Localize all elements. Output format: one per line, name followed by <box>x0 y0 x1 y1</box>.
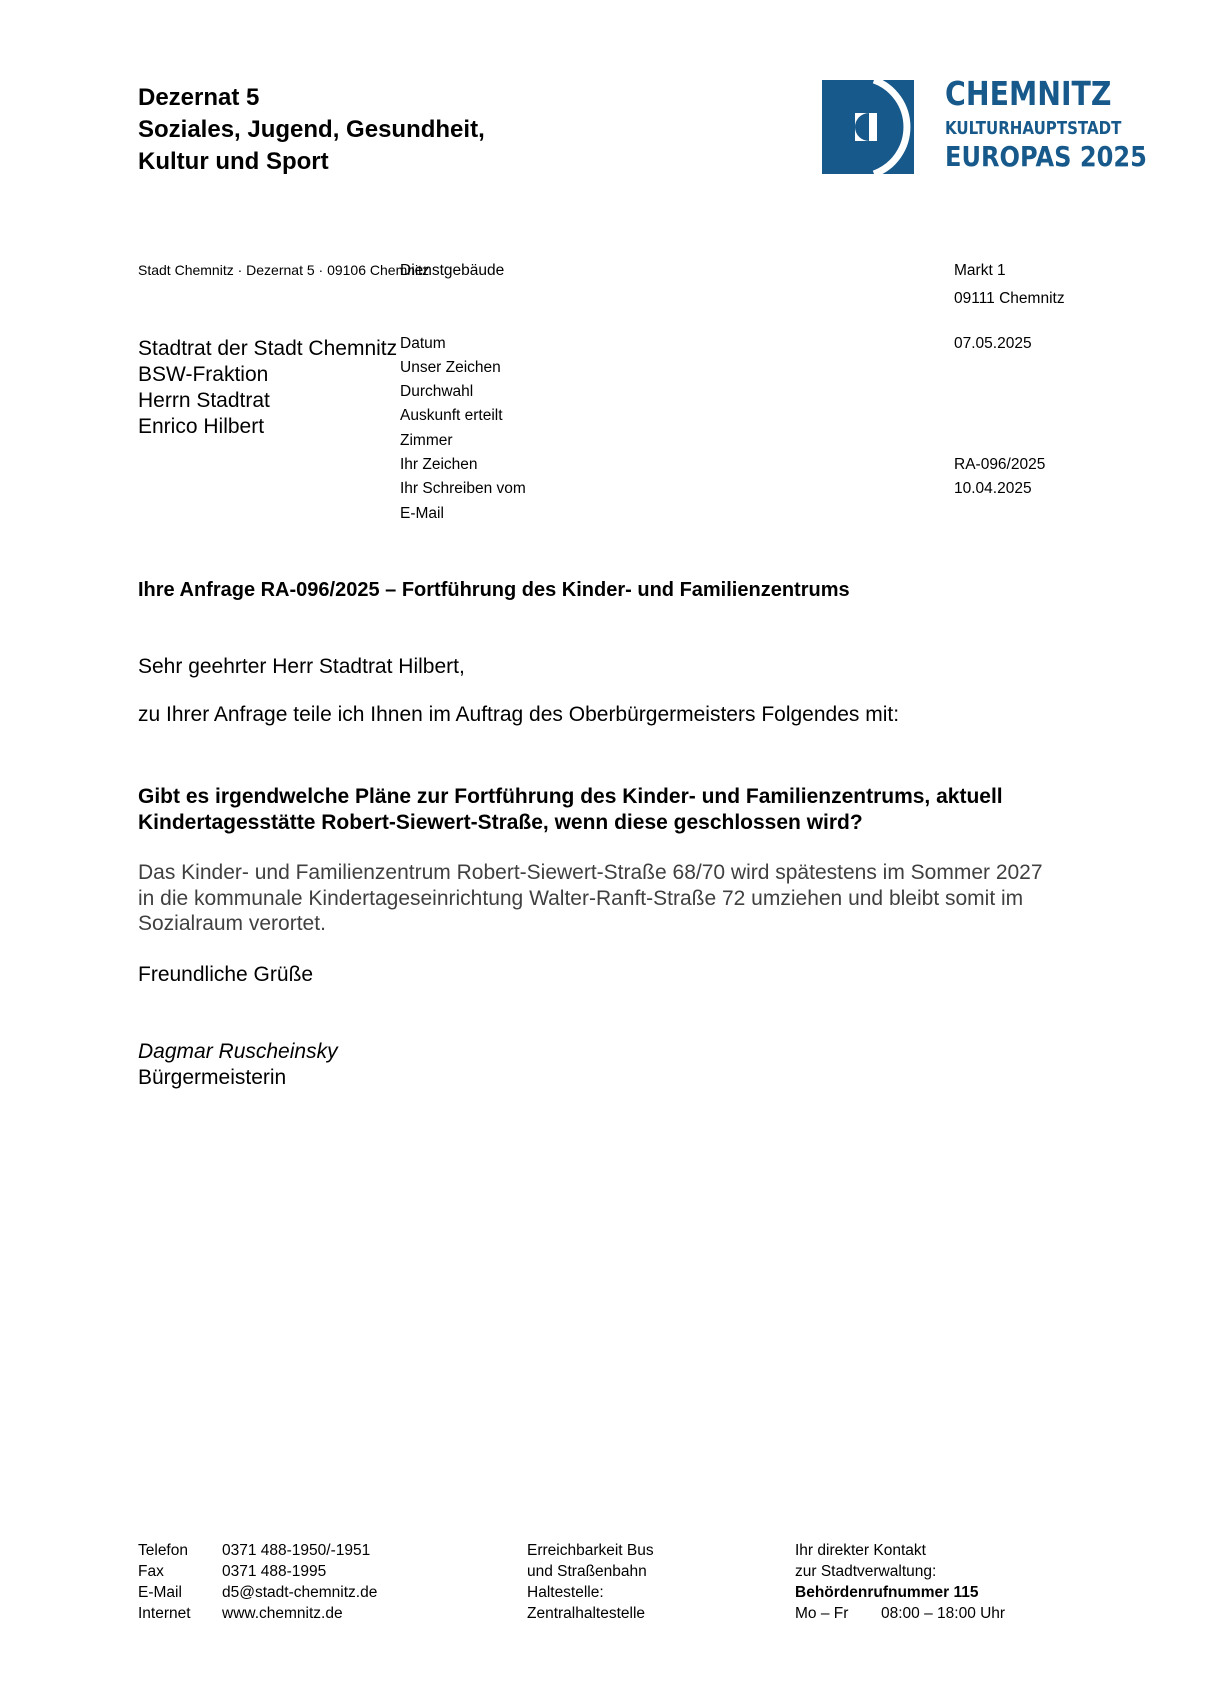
info-value: 07.05.2025 <box>954 332 1032 356</box>
signature-title: Bürgermeisterin <box>138 1066 286 1090</box>
info-value: 10.04.2025 <box>954 477 1032 501</box>
footer-time: 08:00 – 18:00 Uhr <box>881 1605 1005 1622</box>
footer-transit: Erreichbarkeit Bus und Straßenbahn Halte… <box>527 1540 654 1624</box>
department-heading: Dezernat 5 Soziales, Jugend, Gesundheit,… <box>138 82 485 178</box>
info-label: Durchwahl <box>400 380 415 404</box>
footer-transit-line: Erreichbarkeit Bus <box>527 1540 654 1561</box>
question-line: Gibt es irgendwelche Pläne zur Fortführu… <box>138 784 1003 810</box>
recipient-line: Enrico Hilbert <box>138 414 397 440</box>
info-label: Dienstgebäude <box>400 259 415 283</box>
recipient-line: Herrn Stadtrat <box>138 388 397 414</box>
footer-label: Telefon <box>138 1540 222 1561</box>
footer-direct-line: zur Stadtverwaltung: <box>795 1561 1005 1582</box>
question-text: Gibt es irgendwelche Pläne zur Fortführu… <box>138 784 1003 836</box>
info-label: Datum <box>400 332 415 356</box>
info-label: Auskunft erteilt <box>400 404 415 428</box>
department-line: Dezernat 5 <box>138 82 485 114</box>
footer-direct-line: Ihr direkter Kontakt <box>795 1540 1005 1561</box>
chemnitz-logo-wordmark: CHEMNITZ KULTURHAUPTSTADT EUROPAS 2025 <box>945 76 1180 172</box>
intro-paragraph: zu Ihrer Anfrage teile ich Ihnen im Auft… <box>138 703 899 727</box>
info-label: Zimmer <box>400 429 415 453</box>
footer-direct-contact: Ihr direkter Kontakt zur Stadtverwaltung… <box>795 1540 1005 1624</box>
signature-name: Dagmar Ruscheinsky <box>138 1040 338 1064</box>
footer-contact-row: Fax 0371 488-1995 <box>138 1561 377 1582</box>
footer-hours: Mo – Fr08:00 – 18:00 Uhr <box>795 1603 1005 1624</box>
info-label: Ihr Schreiben vom <box>400 477 415 501</box>
recipient-address: Stadtrat der Stadt Chemnitz BSW-Fraktion… <box>138 336 397 440</box>
info-label: Unser Zeichen <box>400 356 415 380</box>
department-line: Soziales, Jugend, Gesundheit, <box>138 114 485 146</box>
footer-transit-line: Haltestelle: <box>527 1582 654 1603</box>
info-value: Markt 1 <box>954 259 1006 283</box>
salutation: Sehr geehrter Herr Stadtrat Hilbert, <box>138 655 465 679</box>
chemnitz-c-logo-icon <box>822 80 914 174</box>
closing: Freundliche Grüße <box>138 963 313 987</box>
info-label: Ihr Zeichen <box>400 453 415 477</box>
footer-value: 0371 488-1950/-1951 <box>222 1540 370 1561</box>
answer-line: in die kommunale Kindertageseinrichtung … <box>138 886 1043 912</box>
sender-return-address: Stadt Chemnitz · Dezernat 5 · 09106 Chem… <box>138 262 429 278</box>
footer-website-link[interactable]: www.chemnitz.de <box>222 1603 343 1624</box>
footer-transit-line: Zentralhaltestelle <box>527 1603 654 1624</box>
answer-line: Sozialraum verortet. <box>138 911 1043 937</box>
footer-label: Internet <box>138 1603 222 1624</box>
info-label: E-Mail <box>400 502 415 526</box>
footer-days: Mo – Fr <box>795 1603 881 1624</box>
footer-contact-row: Telefon 0371 488-1950/-1951 <box>138 1540 377 1561</box>
department-line: Kultur und Sport <box>138 146 485 178</box>
answer-text: Das Kinder- und Familienzentrum Robert-S… <box>138 860 1043 937</box>
footer-value: 0371 488-1995 <box>222 1561 326 1582</box>
recipient-line: BSW-Fraktion <box>138 362 397 388</box>
info-value: RA-096/2025 <box>954 453 1045 477</box>
footer-contact: Telefon 0371 488-1950/-1951 Fax 0371 488… <box>138 1540 377 1624</box>
logo-line-city: CHEMNITZ <box>945 76 1147 112</box>
footer-hotline: Behördenrufnummer 115 <box>795 1582 1005 1603</box>
answer-line: Das Kinder- und Familienzentrum Robert-S… <box>138 860 1043 886</box>
recipient-line: Stadtrat der Stadt Chemnitz <box>138 336 397 362</box>
footer-email-link[interactable]: d5@stadt-chemnitz.de <box>222 1582 377 1603</box>
footer-contact-row: Internet www.chemnitz.de <box>138 1603 377 1624</box>
footer-label: E-Mail <box>138 1582 222 1603</box>
logo-line-year: EUROPAS 2025 <box>945 142 1147 172</box>
question-line: Kindertagesstätte Robert-Siewert-Straße,… <box>138 810 1003 836</box>
letter-subject: Ihre Anfrage RA-096/2025 – Fortführung d… <box>138 579 850 602</box>
logo-line-title: KULTURHAUPTSTADT <box>945 116 1147 142</box>
info-value: 09111 Chemnitz <box>954 287 1065 311</box>
footer-label: Fax <box>138 1561 222 1582</box>
footer-contact-row: E-Mail d5@stadt-chemnitz.de <box>138 1582 377 1603</box>
footer-transit-line: und Straßenbahn <box>527 1561 654 1582</box>
